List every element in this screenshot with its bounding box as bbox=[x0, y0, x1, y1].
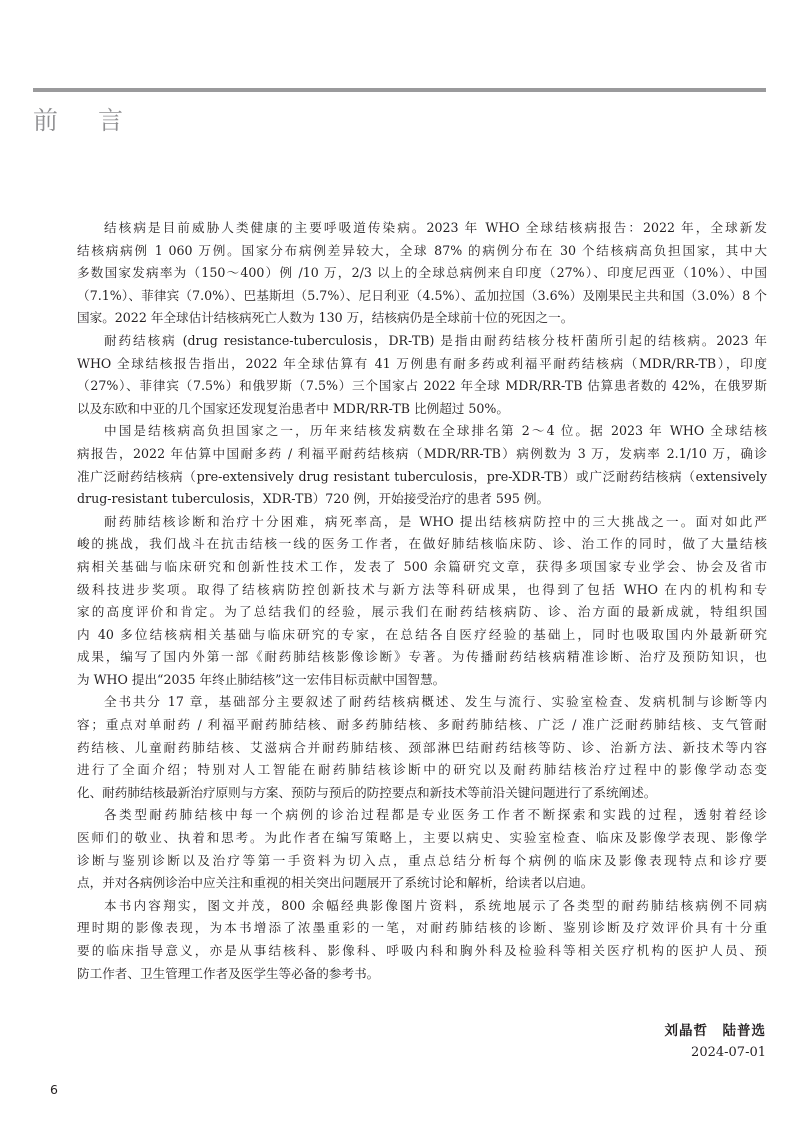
page-title-char-2: 言 bbox=[98, 106, 123, 136]
page-number: 6 bbox=[50, 1082, 58, 1097]
paragraph-6: 各类型耐药肺结核中每一个病例的诊治过程都是专业医务工作者不断探索和实践的过程，透… bbox=[77, 804, 767, 894]
author-signature: 刘晶哲 陆普选 bbox=[665, 1019, 767, 1039]
text-line: （27%）、菲律宾（7.5%）和俄罗斯（7.5%）三个国家占 2022 年全球 … bbox=[77, 375, 767, 398]
text-line: 结核病病例 1 060 万例。国家分布病例差异较大，全球 87% 的病例分布在 … bbox=[77, 240, 767, 263]
text-line: 耐药结核病 (drug resistance-tuberculosis，DR-T… bbox=[77, 330, 767, 353]
text-line: 级科技进步奖项。取得了结核病防控创新技术与新方法等科研成果，也得到了包括 WHO… bbox=[77, 579, 767, 602]
text-line: 内 40 多位结核病相关基础与临床研究的专家，在总结各自医疗经验的基础上，同时也… bbox=[77, 624, 767, 647]
text-line: 医师们的敬业、执着和思考。为此作者在编写策略上，主要以病史、实验室检查、临床及影… bbox=[77, 827, 767, 850]
text-line: 进行了全面介绍；特别对人工智能在耐药肺结核诊断中的研究以及耐药肺结核治疗过程中的… bbox=[77, 759, 767, 782]
page-title: 前 言 bbox=[33, 106, 123, 136]
text-line: 家的高度评价和肯定。为了总结我们的经验，展示我们在耐药结核病防、诊、治方面的最新… bbox=[77, 601, 767, 624]
text-line: 防工作者、卫生管理工作者及医学生等必备的参考书。 bbox=[77, 963, 767, 986]
text-line: 各类型耐药肺结核中每一个病例的诊治过程都是专业医务工作者不断探索和实践的过程，透… bbox=[77, 804, 767, 827]
text-line: 病报告，2022 年估算中国耐多药 / 利福平耐药结核病（MDR/RR-TB）病… bbox=[77, 443, 767, 466]
text-line: 为 WHO 提出“2035 年终止肺结核”这一宏伟目标贡献中国智慧。 bbox=[77, 669, 767, 692]
text-line: （7.1%）、菲律宾（7.0%）、巴基斯坦（5.7%）、尼日利亚（4.5%）、孟… bbox=[77, 285, 767, 308]
signature-date: 2024-07-01 bbox=[691, 1045, 766, 1060]
text-line: 容；重点对单耐药 / 利福平耐药肺结核、耐多药肺结核、多耐药肺结核、广泛 / 准… bbox=[77, 714, 767, 737]
text-line: 耐药肺结核诊断和治疗十分困难，病死率高，是 WHO 提出结核病防控中的三大挑战之… bbox=[77, 511, 767, 534]
text-line: 本书内容翔实，图文并茂，800 余幅经典影像图片资料，系统地展示了各类型的耐药肺… bbox=[77, 895, 767, 918]
text-line: 峻的挑战，我们战斗在抗击结核一线的医务工作者，在做好肺结核临床防、诊、治工作的同… bbox=[77, 533, 767, 556]
paragraph-4: 耐药肺结核诊断和治疗十分困难，病死率高，是 WHO 提出结核病防控中的三大挑战之… bbox=[77, 511, 767, 692]
text-line: 理时期的影像表现，为本书增添了浓墨重彩的一笔，对耐药肺结核的诊断、鉴别诊断及疗效… bbox=[77, 917, 767, 940]
text-line: 化、耐药肺结核最新治疗原则与方案、预防与预后的防控要点和新技术等前沿关键问题进行… bbox=[77, 782, 767, 805]
text-line: 结核病是目前威胁人类健康的主要呼吸道传染病。2023 年 WHO 全球结核病报告… bbox=[77, 217, 767, 240]
text-line: 全书共分 17 章，基础部分主要叙述了耐药结核病概述、发生与流行、实验室检查、发… bbox=[77, 691, 767, 714]
paragraph-5: 全书共分 17 章，基础部分主要叙述了耐药结核病概述、发生与流行、实验室检查、发… bbox=[77, 691, 767, 804]
text-line: 中国是结核病高负担国家之一，历年来结核发病数在全球排名第 2～4 位。据 202… bbox=[77, 420, 767, 443]
text-line: 点，并对各病例诊治中应关注和重视的相关突出问题展开了系统讨论和解析，给读者以启迪… bbox=[77, 872, 767, 895]
page-title-char-1: 前 bbox=[33, 106, 58, 136]
text-line: 药结核、儿童耐药肺结核、艾滋病合并耐药肺结核、颈部淋巴结耐药结核等防、诊、治新方… bbox=[77, 737, 767, 760]
text-line: 准广泛耐药结核病（pre-extensively drug resistant … bbox=[77, 466, 767, 489]
preface-body: 结核病是目前威胁人类健康的主要呼吸道传染病。2023 年 WHO 全球结核病报告… bbox=[77, 217, 767, 985]
text-line: 要的临床指导意义，亦是从事结核科、影像科、呼吸内科和胸外科及检验科等相关医疗机构… bbox=[77, 940, 767, 963]
text-line: 以及东欧和中亚的几个国家还发现复治患者中 MDR/RR-TB 比例超过 50%。 bbox=[77, 398, 767, 421]
text-line: drug-resistant tuberculosis，XDR-TB）720 例… bbox=[77, 488, 767, 511]
text-line: 多数国家发病率为（150～400）例 /10 万，2/3 以上的全球总病例来自印… bbox=[77, 262, 767, 285]
text-line: 成果，编写了国内外第一部《耐药肺结核影像诊断》专著。为传播耐药结核病精准诊断、治… bbox=[77, 646, 767, 669]
paragraph-2: 耐药结核病 (drug resistance-tuberculosis，DR-T… bbox=[77, 330, 767, 420]
paragraph-1: 结核病是目前威胁人类健康的主要呼吸道传染病。2023 年 WHO 全球结核病报告… bbox=[77, 217, 767, 330]
header-rule bbox=[33, 88, 766, 92]
paragraph-7: 本书内容翔实，图文并茂，800 余幅经典影像图片资料，系统地展示了各类型的耐药肺… bbox=[77, 895, 767, 985]
paragraph-3: 中国是结核病高负担国家之一，历年来结核发病数在全球排名第 2～4 位。据 202… bbox=[77, 420, 767, 510]
text-line: WHO 全球结核报告指出，2022 年全球估算有 41 万例患有耐多药或利福平耐… bbox=[77, 353, 767, 376]
text-line: 国家。2022 年全球估计结核病死亡人数为 130 万，结核病仍是全球前十位的死… bbox=[77, 307, 767, 330]
text-line: 诊断与鉴别诊断以及治疗等第一手资料为切入点，重点总结分析每个病例的临床及影像表现… bbox=[77, 850, 767, 873]
text-line: 病相关基础与临床研究和创新性技术工作，发表了 500 余篇研究文章，获得多项国家… bbox=[77, 556, 767, 579]
